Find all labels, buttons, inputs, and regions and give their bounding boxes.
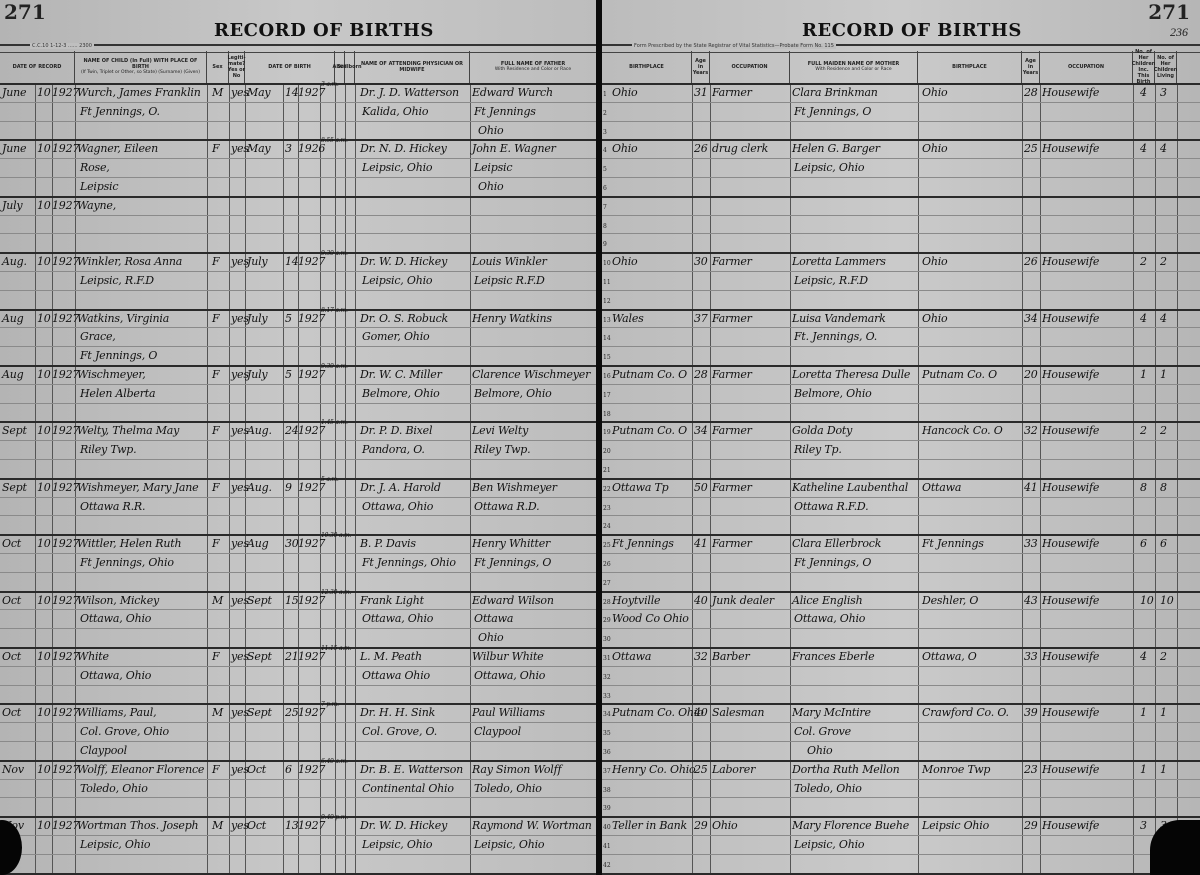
- record-day: 10: [37, 763, 51, 776]
- birth-month: Oct: [247, 763, 266, 776]
- row-rule: [602, 572, 1200, 573]
- father-occupation: Laborer: [712, 763, 755, 776]
- record-month: Sept: [2, 481, 27, 494]
- mother-name: Mary Florence Buehe: [792, 819, 909, 832]
- child-sex: F: [212, 368, 219, 381]
- birth-month: Oct: [247, 819, 266, 832]
- row-rule: [0, 515, 597, 516]
- mother-name: Golda Doty: [792, 424, 852, 437]
- physician-name: Frank Light: [360, 594, 424, 607]
- children-living: 4: [1160, 312, 1167, 325]
- father-name: Edward Wilson: [472, 594, 554, 607]
- mother-age: 33: [1024, 537, 1038, 550]
- line-number: 6: [603, 185, 607, 192]
- birth-day: 15: [285, 594, 299, 607]
- record-day: 10: [37, 481, 51, 494]
- row-rule: [0, 816, 597, 818]
- mother-occupation: Housewife: [1042, 424, 1099, 437]
- physician-place: Col. Grove, O.: [362, 725, 437, 738]
- row-rule: [602, 478, 1200, 480]
- row-rule: [0, 309, 597, 311]
- row-rule: [0, 666, 597, 667]
- mother-occupation: Housewife: [1042, 537, 1099, 550]
- birth-month: July: [247, 368, 267, 381]
- record-month: Sept: [2, 424, 27, 437]
- mother-occupation: Housewife: [1042, 650, 1099, 663]
- child-sex: M: [212, 819, 223, 832]
- child-name: Watkins, Virginia: [77, 312, 169, 325]
- mother-name: Alice English: [792, 594, 862, 607]
- row-rule: [602, 421, 1200, 423]
- mother-age: 43: [1024, 594, 1038, 607]
- father-occupation: Farmer: [712, 255, 752, 268]
- line-number: 18: [603, 411, 611, 418]
- line-number: 14: [603, 335, 611, 342]
- birth-hour: 6:40 a.m.: [321, 759, 348, 765]
- row-rule: [0, 628, 597, 629]
- children-born: 3: [1140, 819, 1147, 832]
- father-birthplace: Ottawa Tp: [612, 481, 668, 494]
- row-rule: [602, 873, 1200, 875]
- mother-birthplace: Ft Jennings: [922, 537, 984, 550]
- line-number: 1: [603, 91, 607, 98]
- header-children-living: No. of Her Children Living: [1155, 51, 1177, 83]
- children-living: 8: [1160, 481, 1167, 494]
- row-rule: [602, 628, 1200, 629]
- right-page: 271 236 RECORD OF BIRTHS Form Prescribed…: [602, 0, 1200, 875]
- record-month: Oct: [2, 650, 21, 663]
- header-stillborn: Stillborn: [345, 51, 355, 83]
- row-rule: [602, 666, 1200, 667]
- father-residence: Ft Jennings, O: [474, 556, 551, 569]
- mother-residence: Ottawa R.F.D.: [794, 500, 868, 513]
- children-living: 1: [1160, 706, 1167, 719]
- header-mother-birthplace: BIRTHPLACE: [918, 51, 1022, 83]
- birth-month: Aug: [247, 537, 268, 550]
- father-occupation: Farmer: [712, 312, 752, 325]
- birth-hour: 9:30 a.m.: [321, 251, 348, 257]
- mother-age: 39: [1024, 706, 1038, 719]
- record-month: Nov: [2, 763, 24, 776]
- father-age: 34: [694, 424, 708, 437]
- mother-age: 20: [1024, 368, 1038, 381]
- header-name-of-child: NAME OF CHILD (In Full) WITH PLACE OF BI…: [75, 51, 207, 83]
- line-number: 23: [603, 505, 611, 512]
- line-number: 25: [603, 542, 611, 549]
- father-residence: Leipsic R.F.D: [474, 274, 545, 287]
- row-rule: [0, 703, 597, 705]
- father-age: 40: [694, 594, 708, 607]
- mother-birthplace: Leipsic Ohio: [922, 819, 989, 832]
- father-occupation: Ohio: [712, 819, 737, 832]
- father-residence: Riley Twp.: [474, 443, 530, 456]
- row-rule: [0, 741, 597, 742]
- father-occupation: Farmer: [712, 368, 752, 381]
- child-name: Wayne,: [77, 199, 116, 212]
- line-number: 40: [603, 824, 611, 831]
- mother-age: 41: [1024, 481, 1038, 494]
- father-occupation: drug clerk: [712, 142, 768, 155]
- children-born: 1: [1140, 706, 1147, 719]
- row-rule: [602, 215, 1200, 216]
- father-occupation: Barber: [712, 650, 750, 663]
- father-age: 25: [694, 763, 708, 776]
- physician-place: Pandora, O.: [362, 443, 425, 456]
- record-year: 1927: [52, 142, 79, 155]
- father-residence-line2: Ohio: [478, 631, 503, 644]
- record-day: 10: [37, 819, 51, 832]
- father-residence: Ottawa: [474, 612, 513, 625]
- child-name: Wittler, Helen Ruth: [77, 537, 181, 550]
- mother-name: Loretta Lammers: [792, 255, 886, 268]
- mother-age: 25: [1024, 142, 1038, 155]
- child-name: White: [77, 650, 109, 663]
- mother-occupation: Housewife: [1042, 763, 1099, 776]
- mother-birthplace: Hancock Co. O: [922, 424, 1003, 437]
- father-birthplace-line2: Wood Co Ohio: [612, 612, 689, 625]
- line-number: 5: [603, 166, 607, 173]
- child-sex: M: [212, 86, 223, 99]
- physician-name: Dr. H. H. Sink: [360, 706, 435, 719]
- mother-birthplace: Ohio: [922, 312, 947, 325]
- mother-birthplace: Deshler, O: [922, 594, 978, 607]
- child-place: Ottawa R.R.: [80, 500, 145, 513]
- record-year: 1927: [52, 819, 79, 832]
- child-name: Wishmeyer, Mary Jane: [77, 481, 198, 494]
- father-residence-line2: Ohio: [478, 124, 503, 137]
- father-residence: Toledo, Ohio: [474, 782, 542, 795]
- father-name: John E. Wagner: [472, 142, 556, 155]
- mother-name: Dortha Ruth Mellon: [792, 763, 900, 776]
- birth-day: 6: [285, 763, 292, 776]
- row-rule: [602, 703, 1200, 705]
- column-header: DATE OF RECORDNAME OF CHILD (In Full) WI…: [0, 51, 597, 85]
- row-rule: [602, 609, 1200, 610]
- father-residence: Ottawa, Ohio: [474, 669, 545, 682]
- father-occupation: Farmer: [712, 481, 752, 494]
- mother-occupation: Housewife: [1042, 594, 1099, 607]
- father-birthplace: Ft Jennings: [612, 537, 674, 550]
- row-rule: [0, 252, 597, 254]
- row-rule: [602, 440, 1200, 441]
- father-age: 30: [694, 255, 708, 268]
- children-living: 1: [1160, 763, 1167, 776]
- father-occupation: Farmer: [712, 424, 752, 437]
- child-place-line2: Claypool: [80, 744, 127, 757]
- birth-month: Sept: [247, 706, 272, 719]
- form-notice-right: Form Prescribed by the State Registrar o…: [632, 43, 836, 49]
- father-name: Louis Winkler: [472, 255, 547, 268]
- row-rule: [0, 215, 597, 216]
- header-father-birthplace: BIRTHPLACE: [602, 51, 692, 83]
- father-birthplace: Ohio: [612, 255, 637, 268]
- row-rule: [602, 835, 1200, 836]
- physician-place: Ottawa, Ohio: [362, 612, 433, 625]
- mother-residence-line2: Ohio: [807, 744, 832, 757]
- birth-hour: 5 a.m.: [321, 477, 339, 483]
- column-header-right: BIRTHPLACEAge in YearsOCCUPATIONFULL MAI…: [602, 51, 1200, 85]
- father-residence-line2: Ohio: [478, 180, 503, 193]
- physician-place: Continental Ohio: [362, 782, 454, 795]
- father-birthplace: Ohio: [612, 142, 637, 155]
- record-day: 10: [37, 86, 51, 99]
- birth-month: Aug.: [247, 481, 272, 494]
- physician-name: Dr. N. D. Hickey: [360, 142, 447, 155]
- children-living: 4: [1160, 142, 1167, 155]
- row-rule: [0, 102, 597, 103]
- row-rule: [602, 139, 1200, 141]
- child-name: Wurch, James Franklin: [77, 86, 201, 99]
- row-rule: [0, 722, 597, 723]
- children-born: 8: [1140, 481, 1147, 494]
- row-rule: [0, 647, 597, 649]
- line-number: 37: [603, 768, 611, 775]
- mother-residence: Toledo, Ohio: [794, 782, 862, 795]
- child-name: Wortman Thos. Joseph: [77, 819, 198, 832]
- record-year: 1927: [52, 650, 79, 663]
- father-age: 31: [694, 86, 708, 99]
- row-rule: [0, 403, 597, 404]
- father-residence: Leipsic, Ohio: [474, 838, 544, 851]
- birth-day: 24: [285, 424, 299, 437]
- child-sex: M: [212, 706, 223, 719]
- physician-name: Dr. W. C. Miller: [360, 368, 442, 381]
- row-rule: [602, 327, 1200, 328]
- record-month: Aug: [2, 368, 23, 381]
- mother-residence: Col. Grove: [794, 725, 851, 738]
- line-number: 26: [603, 561, 611, 568]
- row-rule: [602, 271, 1200, 272]
- row-rule: [0, 121, 597, 122]
- row-rule: [0, 553, 597, 554]
- row-rule: [0, 233, 597, 234]
- header-children-born: No. of Her Children Inc. This Birth: [1133, 51, 1155, 83]
- record-month: June: [2, 142, 26, 155]
- row-rule: [602, 816, 1200, 818]
- mother-birthplace: Putnam Co. O: [922, 368, 997, 381]
- line-number: 41: [603, 843, 611, 850]
- row-rule: [602, 722, 1200, 723]
- child-place: Rose,: [80, 161, 110, 174]
- row-rule: [602, 741, 1200, 742]
- father-name: Raymond W. Wortman: [472, 819, 592, 832]
- father-birthplace: Teller in Bank: [612, 819, 687, 832]
- birth-month: Aug.: [247, 424, 272, 437]
- line-number: 33: [603, 693, 611, 700]
- mother-residence: Ottawa, Ohio: [794, 612, 865, 625]
- line-number: 10: [603, 260, 611, 267]
- child-sex: F: [212, 424, 219, 437]
- mother-age: 28: [1024, 86, 1038, 99]
- father-birthplace: Ottawa: [612, 650, 651, 663]
- physician-place: Leipsic, Ohio: [362, 274, 432, 287]
- father-birthplace: Ohio: [612, 86, 637, 99]
- father-age: 29: [694, 819, 708, 832]
- children-living: 10: [1160, 594, 1174, 607]
- birth-hour: 9:30 a.m.: [321, 364, 348, 370]
- physician-place: Ottawa, Ohio: [362, 500, 433, 513]
- children-born: 6: [1140, 537, 1147, 550]
- physician-place: Belmore, Ohio: [362, 387, 440, 400]
- father-age: 50: [694, 481, 708, 494]
- father-occupation: Salesman: [712, 706, 764, 719]
- mother-residence: Ft. Jennings, O.: [794, 330, 877, 343]
- line-number: 20: [603, 448, 611, 455]
- physician-name: Dr. O. S. Robuck: [360, 312, 448, 325]
- header-date-of-record: DATE OF RECORD: [0, 51, 75, 83]
- line-number: 2: [603, 110, 607, 117]
- record-month: June: [2, 86, 26, 99]
- row-rule: [602, 309, 1200, 311]
- mother-name: Clara Brinkman: [792, 86, 878, 99]
- child-name: Wagner, Eileen: [77, 142, 158, 155]
- record-year: 1927: [52, 481, 79, 494]
- row-rule: [0, 158, 597, 159]
- row-rule: [602, 553, 1200, 554]
- header-father: FULL NAME OF FATHERWith Residence and Co…: [470, 51, 597, 83]
- row-rule: [0, 797, 597, 798]
- mother-occupation: Housewife: [1042, 312, 1099, 325]
- line-number: 17: [603, 392, 611, 399]
- mother-birthplace: Ohio: [922, 255, 947, 268]
- mother-birthplace: Ohio: [922, 86, 947, 99]
- child-place: Col. Grove, Ohio: [80, 725, 169, 738]
- line-number: 9: [603, 241, 607, 248]
- line-number: 36: [603, 749, 611, 756]
- father-residence: Leipsic: [474, 161, 512, 174]
- birth-day: 9: [285, 481, 292, 494]
- mother-age: 23: [1024, 763, 1038, 776]
- row-rule: [0, 346, 597, 347]
- physician-place: Leipsic, Ohio: [362, 838, 432, 851]
- father-name: Wilbur White: [472, 650, 543, 663]
- father-occupation: Farmer: [712, 86, 752, 99]
- child-name: Wischmeyer,: [77, 368, 146, 381]
- row-rule: [0, 290, 597, 291]
- father-name: Henry Whitter: [472, 537, 550, 550]
- mother-age: 32: [1024, 424, 1038, 437]
- line-number: 11: [603, 279, 611, 286]
- father-occupation: Junk dealer: [712, 594, 774, 607]
- line-number: 8: [603, 223, 607, 230]
- record-month: Oct: [2, 706, 21, 719]
- child-name: Welty, Thelma May: [77, 424, 179, 437]
- line-number: 19: [603, 429, 611, 436]
- child-sex: F: [212, 763, 219, 776]
- record-day: 10: [37, 255, 51, 268]
- mother-occupation: Housewife: [1042, 142, 1099, 155]
- row-rule: [0, 591, 597, 593]
- mother-age: 33: [1024, 650, 1038, 663]
- child-sex: F: [212, 142, 219, 155]
- mother-occupation: Housewife: [1042, 481, 1099, 494]
- page-title-right: RECORD OF BIRTHS: [802, 20, 1022, 41]
- row-rule: [0, 139, 597, 141]
- children-living: 3: [1160, 86, 1167, 99]
- child-name: Winkler, Rosa Anna: [77, 255, 182, 268]
- row-rule: [602, 158, 1200, 159]
- mother-age: 34: [1024, 312, 1038, 325]
- row-rule: [602, 534, 1200, 536]
- line-number: 39: [603, 805, 611, 812]
- mother-name: Luisa Vandemark: [792, 312, 886, 325]
- line-number: 28: [603, 599, 611, 606]
- row-rule: [602, 779, 1200, 780]
- physician-name: B. P. Davis: [360, 537, 416, 550]
- line-number: 35: [603, 730, 611, 737]
- birth-day: 14: [285, 86, 299, 99]
- physician-name: Dr. J. A. Harold: [360, 481, 441, 494]
- row-rule: [0, 685, 597, 686]
- child-place-line2: Leipsic: [80, 180, 118, 193]
- father-birthplace: Putnam Co. O: [612, 424, 687, 437]
- child-place: Ft Jennings, O.: [80, 105, 160, 118]
- header-father-occupation: OCCUPATION: [710, 51, 790, 83]
- page-subnumber: 236: [1170, 25, 1188, 40]
- form-notice: C.C.10 1-12-3 ...... 2300: [30, 43, 94, 49]
- children-born: 4: [1140, 142, 1147, 155]
- record-year: 1927: [52, 424, 79, 437]
- line-number: 16: [603, 373, 611, 380]
- mother-residence: Leipsic, Ohio: [794, 161, 864, 174]
- row-rule: [602, 854, 1200, 855]
- mother-occupation: Housewife: [1042, 368, 1099, 381]
- child-place: Leipsic, R.F.D: [80, 274, 154, 287]
- birth-hour: 11:15 a.m.: [321, 646, 351, 652]
- children-born: 10: [1140, 594, 1154, 607]
- birth-hour: 7 p.m.: [321, 702, 339, 708]
- header-legitimate: Legiti-mate? Yes or No: [229, 51, 245, 83]
- birth-hour: 12:30 a.m.: [321, 590, 351, 596]
- physician-name: Dr. J. D. Watterson: [360, 86, 459, 99]
- physician-place: Leipsic, Ohio: [362, 161, 432, 174]
- mother-birthplace: Ottawa: [922, 481, 961, 494]
- father-residence: Ft Jennings: [474, 105, 536, 118]
- row-rule: [602, 290, 1200, 291]
- physician-place: Ottawa Ohio: [362, 669, 430, 682]
- mother-occupation: Housewife: [1042, 706, 1099, 719]
- children-living: 1: [1160, 368, 1167, 381]
- father-name: Edward Wurch: [472, 86, 553, 99]
- mother-name: Loretta Theresa Dulle: [792, 368, 910, 381]
- line-number: 15: [603, 354, 611, 361]
- father-birthplace: Wales: [612, 312, 644, 325]
- header-father-age: Age in Years: [692, 51, 710, 83]
- record-month: Oct: [2, 537, 21, 550]
- row-rule: [602, 403, 1200, 404]
- record-day: 10: [37, 537, 51, 550]
- row-rule: [602, 365, 1200, 367]
- record-day: 10: [37, 594, 51, 607]
- record-day: 10: [37, 368, 51, 381]
- record-month: Aug: [2, 312, 23, 325]
- physician-name: Dr. W. D. Hickey: [360, 819, 447, 832]
- children-born: 4: [1140, 86, 1147, 99]
- line-number: 34: [603, 711, 611, 718]
- children-born: 4: [1140, 312, 1147, 325]
- father-residence: Ottawa R.D.: [474, 500, 539, 513]
- father-age: 32: [694, 650, 708, 663]
- row-rule: [602, 497, 1200, 498]
- father-birthplace: Putnam Co. Ohio: [612, 706, 704, 719]
- mother-birthplace: Ohio: [922, 142, 947, 155]
- children-born: 2: [1140, 255, 1147, 268]
- birth-day: 21: [285, 650, 299, 663]
- birth-day: 5: [285, 312, 292, 325]
- child-sex: F: [212, 481, 219, 494]
- header-sex: Sex: [207, 51, 229, 83]
- mother-name: Frances Eberle: [792, 650, 874, 663]
